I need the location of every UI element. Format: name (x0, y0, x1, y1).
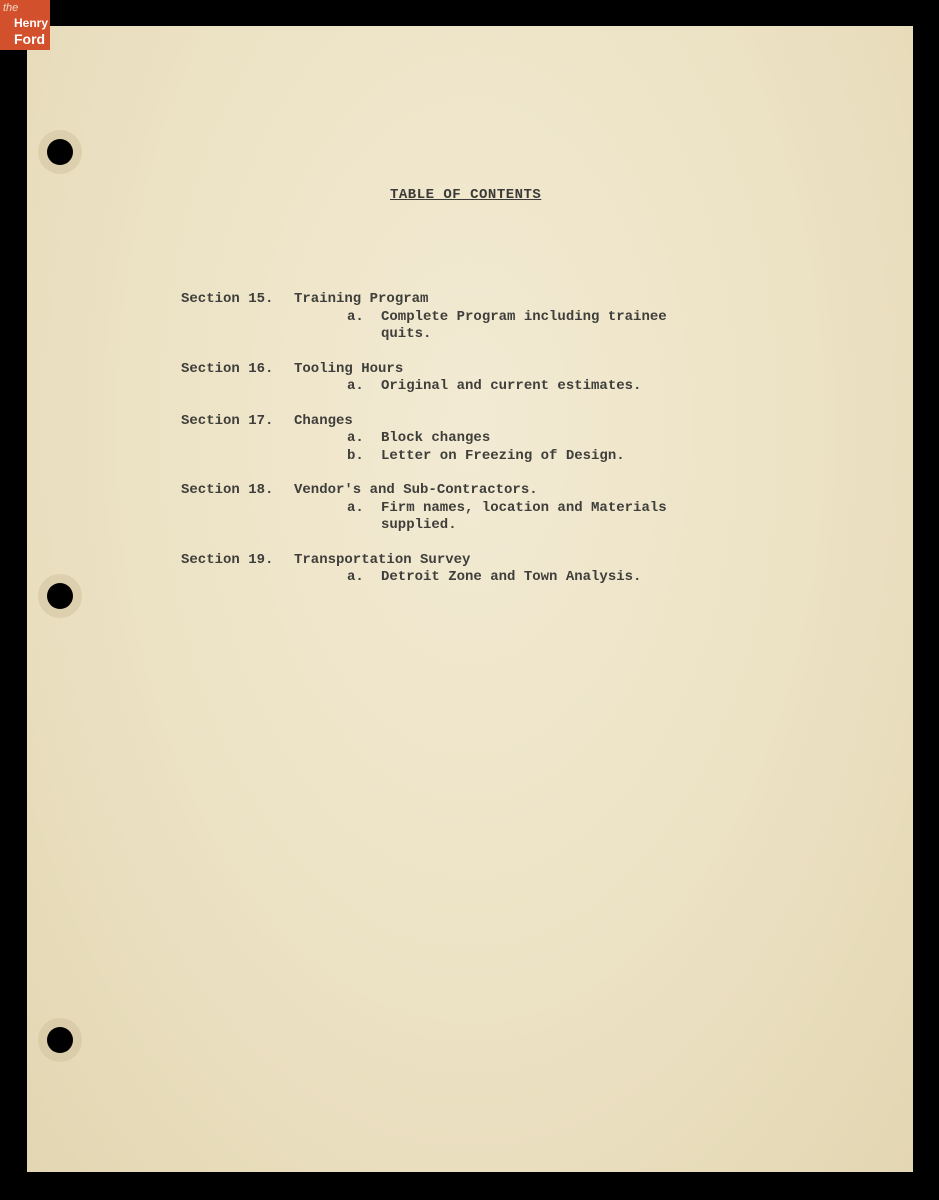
section-number: Section 19. (181, 552, 294, 570)
section-title: Tooling Hours (294, 361, 403, 379)
item-letter: b. (347, 448, 381, 466)
section-title: Transportation Survey (294, 552, 470, 570)
item-text: Detroit Zone and Town Analysis. (381, 569, 701, 587)
page-title: TABLE OF CONTENTS (390, 187, 541, 203)
item-text: Block changes (381, 430, 701, 448)
logo-henry: Henry (14, 17, 48, 29)
punch-hole-icon (47, 139, 73, 165)
logo-the: the (3, 3, 18, 14)
punch-hole-icon (47, 1027, 73, 1053)
section-number: Section 16. (181, 361, 294, 379)
toc-section: Section 19.Transportation Survey a.Detro… (181, 552, 701, 587)
item-text: Firm names, location and Materials suppl… (381, 500, 701, 535)
item-text: Complete Program including trainee quits… (381, 309, 701, 344)
item-text: Original and current estimates. (381, 378, 701, 396)
item-letter: a. (347, 430, 381, 448)
punch-hole-icon (47, 583, 73, 609)
toc-section: Section 15.Training Program a.Complete P… (181, 291, 701, 344)
item-letter: a. (347, 309, 381, 344)
section-title: Vendor's and Sub-Contractors. (294, 482, 538, 500)
item-letter: a. (347, 378, 381, 396)
logo-ford: Ford (14, 32, 45, 46)
henry-ford-logo: the Henry Ford (0, 0, 50, 50)
toc-section: Section 18.Vendor's and Sub-Contractors.… (181, 482, 701, 535)
section-title: Changes (294, 413, 353, 431)
toc-section: Section 16.Tooling Hours a.Original and … (181, 361, 701, 396)
section-number: Section 15. (181, 291, 294, 309)
item-letter: a. (347, 500, 381, 535)
item-text: Letter on Freezing of Design. (381, 448, 701, 466)
section-number: Section 18. (181, 482, 294, 500)
item-letter: a. (347, 569, 381, 587)
section-title: Training Program (294, 291, 428, 309)
section-number: Section 17. (181, 413, 294, 431)
table-of-contents: Section 15.Training Program a.Complete P… (181, 291, 701, 604)
toc-section: Section 17.Changes a.Block changes b.Let… (181, 413, 701, 466)
